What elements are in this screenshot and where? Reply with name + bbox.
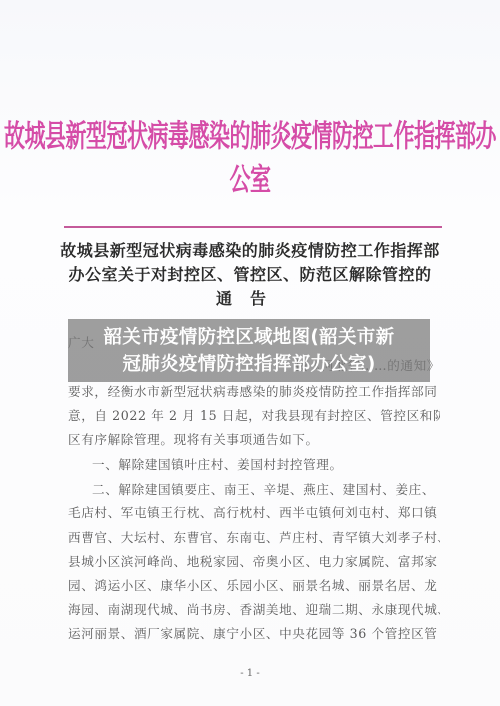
body-line: 一、解除建国镇叶庄村、姜国村封控管理。 [92, 454, 440, 473]
document-title-line-2: 办公室关于对封控区、管控区、防范区解除管控的 [0, 262, 500, 285]
letterhead: 故城县新型冠状病毒感染的肺炎疫情防控工作指挥部办公室 [0, 113, 500, 200]
caption-overlay: 韶关市疫情防控区域地图(韶关市新 冠肺炎疫情防控指挥部办公室) [68, 319, 430, 382]
body-line: 区有序解除管理。现将有关事项通告如下。 [68, 429, 440, 448]
body-line: 要求，经衡水市新型冠状病毒感染的肺炎疫情防控工作指挥部同 [68, 381, 440, 400]
body-line: 海园、南湖现代城、尚书房、香湖美地、迎瑞二期、永康现代城、 [68, 599, 440, 618]
document-page: 故城县新型冠状病毒感染的肺炎疫情防控工作指挥部办公室 故城县新型冠状病毒感染的肺… [0, 0, 500, 706]
letterhead-divider [64, 226, 442, 228]
body-line: 毛店村、军屯镇王行枕、高行枕村、西半屯镇何刘屯村、郑口镇 [68, 502, 440, 521]
body-line: 二、解除建国镇要庄、南王、辛堤、燕庄、建国村、姜庄、 [92, 479, 440, 498]
body-line: 县城小区滨河峰尚、地税家园、帝奥小区、电力家属院、富邦家 [68, 551, 440, 570]
page-number: - 1 - [0, 668, 500, 679]
caption-title-line-1: 韶关市疫情防控区域地图(韶关市新 [68, 323, 430, 349]
body-line: 西曹官、大坛村、东曹官、东南屯、芦庄村、青罕镇大刘孝子村、 [68, 527, 440, 546]
body-line: 园、鸿运小区、康华小区、乐园小区、丽景名城、丽景名居、龙 [68, 575, 440, 594]
document-title-line-1: 故城县新型冠状病毒感染的肺炎疫情防控工作指挥部 [0, 238, 500, 261]
caption-title-line-2: 冠肺炎疫情防控指挥部办公室) [68, 350, 430, 376]
body-line: 运河丽景、酒厂家属院、康宁小区、中央花园等 36 个管控区管 [68, 623, 440, 642]
document-title-line-3: 通告 [0, 286, 500, 309]
body-line: 意，自 2022 年 2 月 15 日起，对我县现有封控区、管控区和防范 [68, 405, 440, 424]
